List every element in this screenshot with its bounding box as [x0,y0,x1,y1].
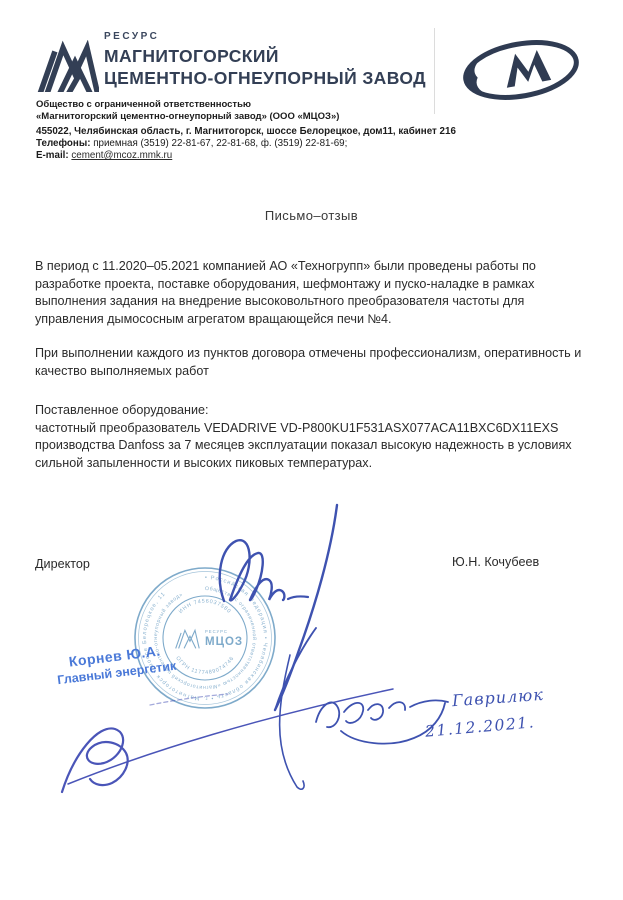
stamp-center-name: МЦОЗ [205,636,243,648]
equipment-text: частотный преобразователь VEDADRIVE VD-P… [35,420,593,473]
phones-value: приемная (3519) 22-81-67, 22-81-68, ф. (… [93,138,347,149]
address-text: 455022, Челябинская область, г. Магнитог… [36,126,456,137]
svg-text:• Российская Федерация • Челяб: • Российская Федерация • Челябинская обл… [142,575,268,701]
org-line2: «Магнитогорский цементно-огнеупорный зав… [36,111,339,123]
paragraph-equipment: Поставленное оборудование: частотный пре… [35,402,593,472]
signer-name: Ю.Н. Кочубеев [452,555,562,569]
equipment-intro: Поставленное оборудование: [35,402,593,420]
contact-block: 455022, Челябинская область, г. Магнитог… [36,126,456,162]
svg-text:ОГРН 1177489074746: ОГРН 1177489074746 [174,655,235,676]
header-divider [434,28,435,114]
org-line1: Общество с ограниченной ответственностью [36,99,339,111]
stamp-center-caption: РЕСУРС [205,629,228,634]
email-link[interactable]: cement@mcoz.mmk.ru [71,150,172,161]
svg-text:ИНН 7456037580: ИНН 7456037580 [178,599,232,615]
company-name-line2: ЦЕМЕНТНО-ОГНЕУПОРНЫЙ ЗАВОД [104,67,426,89]
phones-line: Телефоны: приемная (3519) 22-81-67, 22-8… [36,138,456,150]
handwritten-date: 21.12.2021. [424,713,535,741]
stamp-ring-outer-text: • Российская Федерация • Челябинская обл… [142,575,268,701]
email-line: E-mail: cement@mcoz.mmk.ru [36,150,456,162]
phones-label: Телефоны: [36,138,90,149]
logo-caption: РЕСУРС [104,31,426,42]
address-line: 455022, Челябинская область, г. Магнитог… [36,126,456,138]
company-logotype: РЕСУРС МАГНИТОГОРСКИЙ ЦЕМЕНТНО-ОГНЕУПОРН… [104,31,426,89]
paragraph-quality: При выполнении каждого из пунктов догово… [35,345,593,380]
stamp-center-logo-icon: РЕСУРС МЦОЗ [176,629,243,648]
letter-title: Письмо–отзыв [0,208,623,223]
cm-emblem-icon [452,33,590,112]
facsimile-stamp: Корнев Ю.А. Главный энергетик [54,641,177,689]
company-name-line1: МАГНИТОГОРСКИЙ [104,45,426,67]
handwritten-name: Гаврилюк [451,685,544,710]
org-name-block: Общество с ограниченной ответственностью… [36,99,339,122]
position-title: Директор [35,557,90,571]
stamp-inn-text: ИНН 7456037580 [178,599,232,615]
email-label: E-mail: [36,150,69,161]
mcoz-m-logo-icon [37,40,99,97]
round-stamp: • Российская Федерация • Челябинская обл… [135,568,275,708]
chief-engineer-signature [62,689,393,792]
paragraph-project: В период с 11.2020–05.2021 компанией АО … [35,258,593,328]
letter-document: РЕСУРС МАГНИТОГОРСКИЙ ЦЕМЕНТНО-ОГНЕУПОРН… [0,0,623,900]
director-signature [220,505,337,789]
stamp-ogrn-text: ОГРН 1177489074746 [174,655,235,676]
